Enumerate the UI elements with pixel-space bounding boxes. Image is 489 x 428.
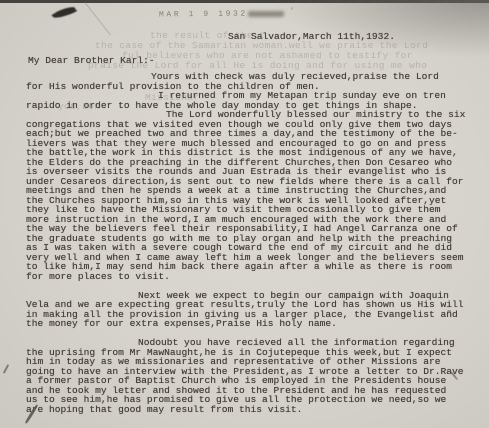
ink-blot [52, 6, 77, 20]
pencil-mark [3, 364, 9, 374]
paragraph: I returned from my Metapan trip sunday e… [26, 91, 478, 110]
date-received-stamp: MAR 1 9 1932 [159, 10, 248, 20]
letter-page: MAR 1 9 1932 ’ the result of the tthe ca… [0, 0, 489, 428]
paragraph: Yours with check was duly recieved,prais… [26, 72, 478, 91]
stamp-tick-mark: ’ [290, 8, 294, 16]
paragraph: Next week we expect to begin our campaig… [26, 291, 478, 329]
stamp-smudge [248, 11, 284, 17]
letter-line: are hoping that good may result from thi… [26, 405, 478, 415]
paper-crease [84, 1, 111, 35]
salutation: My Dear Brother Karl:- [28, 55, 155, 66]
paragraph: Nodoubt you have recieved all the inform… [26, 338, 478, 414]
paragraph: The Lord wonderfully blessed our ministr… [26, 110, 478, 281]
letter-line: the money for our extra expenses,Praise … [26, 319, 478, 329]
dateline: San Salvador,March 11th,1932. [228, 31, 395, 42]
letter-body: Yours with check was duly recieved,prais… [26, 72, 478, 414]
letter-line: for more places to visit. [26, 272, 478, 282]
